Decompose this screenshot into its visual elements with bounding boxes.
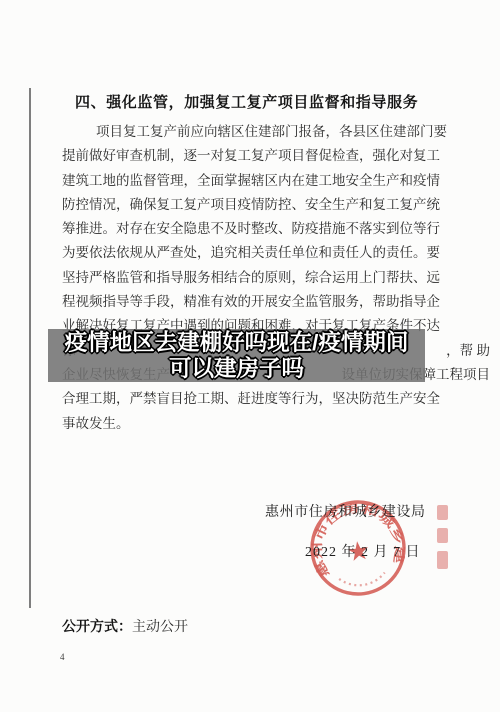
line-fragment-right: ，帮 助: [446, 339, 490, 363]
watermark-caption-line2: 可以建房子吗: [169, 356, 304, 382]
seal-code-dots: [339, 573, 386, 589]
seal-ghost-mark: [437, 528, 448, 543]
body-line: 坚持严格监管和指导服务相结合的原则，综合运用上门帮扶、远: [62, 266, 448, 290]
seal-ghost-mark: [437, 505, 448, 520]
body-line: 为要依法依规从严查处，追究相关责任单位和责任人的责任。要: [62, 241, 448, 265]
svg-text:惠州市住房和城乡建设局: 惠州市住房和城乡建设局: [285, 482, 411, 586]
seal-arc-text: 惠州市住房和城乡建设局: [285, 482, 411, 586]
disclosure-label: 公开方式：: [62, 618, 132, 634]
scan-edge-line: [29, 88, 31, 608]
body-line: 项目复工复产前应向辖区住建部门报备，各县区住建部门要: [62, 120, 448, 144]
body-line: 筹推进。对存在安全隐患不及时整改、防疫措施不落实到位等行: [62, 217, 448, 241]
document-page: 四、强化监管，加强复工复产项目监督和指导服务 项目复工复产前应向辖区住建部门报备…: [0, 0, 500, 712]
body-line: 合理工期，严禁盲目抢工期、赶进度等行为，坚决防范生产安全: [62, 387, 448, 411]
body-paragraph: 项目复工复产前应向辖区住建部门报备，各县区住建部门要 提前做好审查机制，逐一对复…: [62, 120, 448, 436]
watermark-caption-line1: 疫情地区去建棚好吗现在/疫情期间: [65, 330, 409, 356]
watermark-caption-band: 疫情地区去建棚好吗现在/疫情期间 可以建房子吗: [48, 329, 425, 382]
seal-ghost-mark: [437, 551, 448, 569]
page-number: 4: [60, 652, 65, 662]
body-line: 程视频指导等手段，精准有效的开展安全监管服务，帮助指导企: [62, 290, 448, 314]
body-line: 事故发生。: [62, 412, 448, 436]
body-line: 建筑工地的监督管理，全面掌握辖区内在建工地安全生产和疫情: [62, 169, 448, 193]
body-line: 防控情况，确保复工复产项目疫情防控、安全生产和复工复产统: [62, 193, 448, 217]
signature-date: 2022 年 2 月 7 日: [305, 541, 421, 561]
body-line: 提前做好审查机制，逐一对复工复产项目督促检查，强化对复工: [62, 144, 448, 168]
disclosure-line: 公开方式：主动公开: [62, 616, 188, 636]
section-heading: 四、强化监管，加强复工复产项目监督和指导服务: [75, 91, 418, 112]
signature-organization: 惠州市住房和城乡建设局: [265, 501, 426, 521]
disclosure-value: 主动公开: [132, 620, 188, 635]
